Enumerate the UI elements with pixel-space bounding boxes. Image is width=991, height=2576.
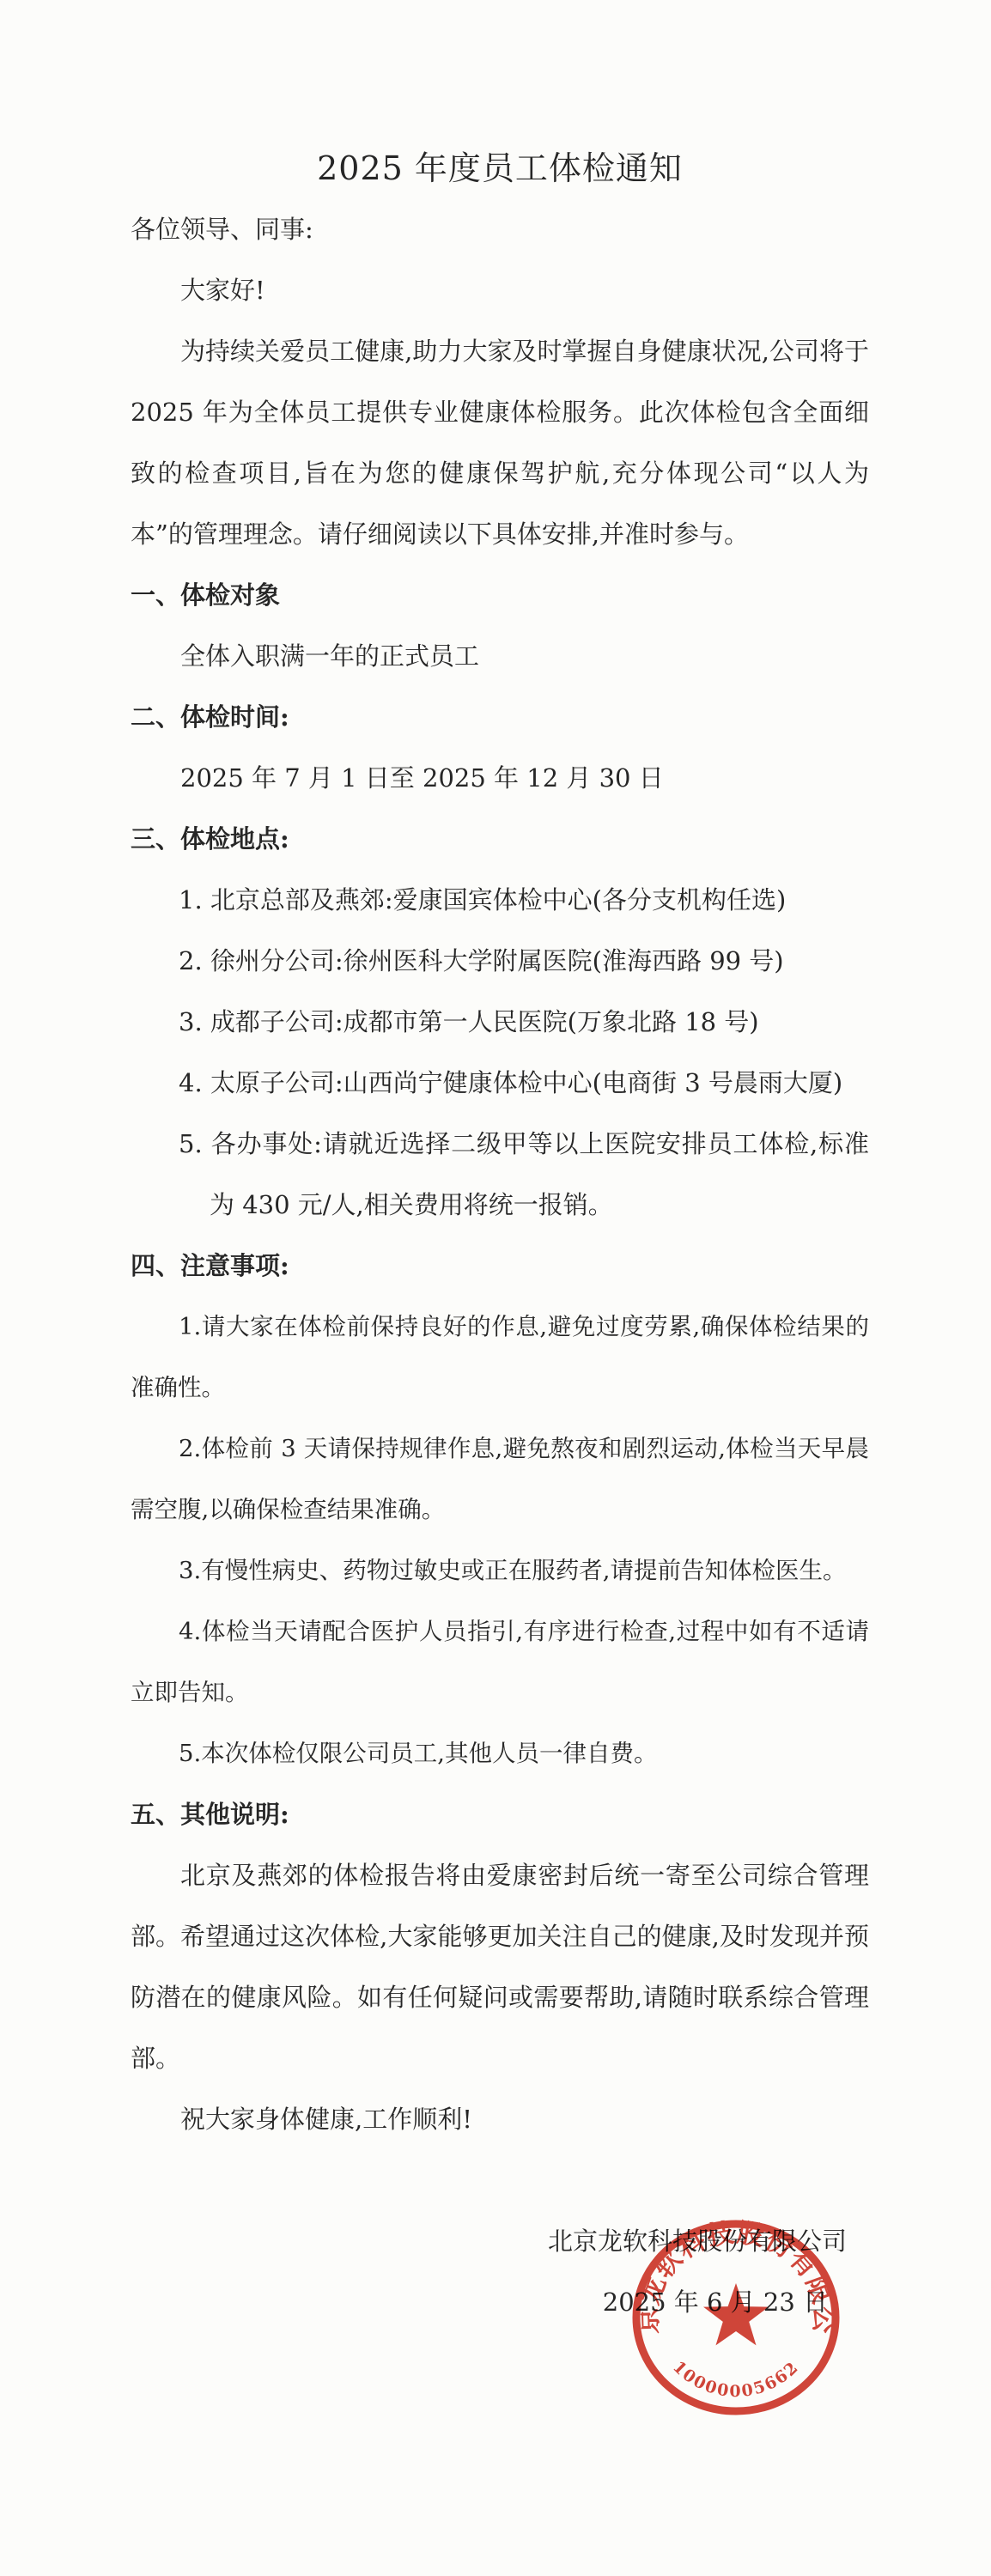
document-content: 2025 年度员工体检通知 各位领导、同事: 大家好! 为持续关爱员工健康,助力… [131, 0, 869, 2333]
section-3-heading: 三、体检地点: [131, 809, 869, 870]
location-item-3: 3. 成都子公司:成都市第一人民医院(万象北路 18 号) [131, 992, 869, 1053]
notice-item-3: 3.有慢性病史、药物过敏史或正在服药者,请提前告知体检医生。 [131, 1540, 869, 1601]
section-1-body: 全体入职满一年的正式员工 [131, 626, 869, 687]
intro-paragraph: 为持续关爱员工健康,助力大家及时掌握自身健康状况,公司将于 2025 年为全体员… [131, 321, 869, 565]
document-title: 2025 年度员工体检通知 [131, 137, 869, 199]
location-list: 1. 北京总部及燕郊:爱康国宾体检中心(各分支机构任选) 2. 徐州分公司:徐州… [131, 870, 869, 1236]
section-2-heading: 二、体检时间: [131, 687, 869, 748]
notice-item-5: 5.本次体检仅限公司员工,其他人员一律自费。 [131, 1723, 869, 1784]
notice-item-2: 2.体检前 3 天请保持规律作息,避免熬夜和剧烈运动,体检当天早晨需空腹,以确保… [131, 1419, 869, 1540]
section-5-body: 北京及燕郊的体检报告将由爱康密封后统一寄至公司综合管理部。希望通过这次体检,大家… [131, 1845, 869, 2089]
location-item-4: 4. 太原子公司:山西尚宁健康体检中心(电商街 3 号晨雨大厦) [131, 1053, 869, 1114]
location-item-2: 2. 徐州分公司:徐州医科大学附属医院(淮海西路 99 号) [131, 931, 869, 992]
greeting: 大家好! [131, 260, 869, 321]
seal-star-icon [703, 2283, 769, 2345]
closing-wish: 祝大家身体健康,工作顺利! [131, 2089, 869, 2150]
section-1-heading: 一、体检对象 [131, 565, 869, 626]
notice-item-4: 4.体检当天请配合医护人员指引,有序进行检查,过程中如有不适请立即告知。 [131, 1601, 869, 1723]
notice-item-1: 1.请大家在体检前保持良好的作息,避免过度劳累,确保体检结果的准确性。 [131, 1297, 869, 1419]
signature-gap [131, 2150, 869, 2211]
document-page: 2025 年度员工体检通知 各位领导、同事: 大家好! 为持续关爱员工健康,助力… [0, 0, 991, 2576]
section-2-body: 2025 年 7 月 1 日至 2025 年 12 月 30 日 [131, 748, 869, 809]
location-item-5: 5. 各办事处:请就近选择二级甲等以上医院安排员工体检,标准为 430 元/人,… [131, 1114, 869, 1236]
section-5-heading: 五、其他说明: [131, 1784, 869, 1845]
company-seal-stamp: 北京龙软科技股份有限公司 1100000056626 [631, 2218, 841, 2417]
salutation: 各位领导、同事: [131, 199, 869, 260]
location-item-1: 1. 北京总部及燕郊:爱康国宾体检中心(各分支机构任选) [131, 870, 869, 931]
section-4-heading: 四、注意事项: [131, 1236, 869, 1297]
